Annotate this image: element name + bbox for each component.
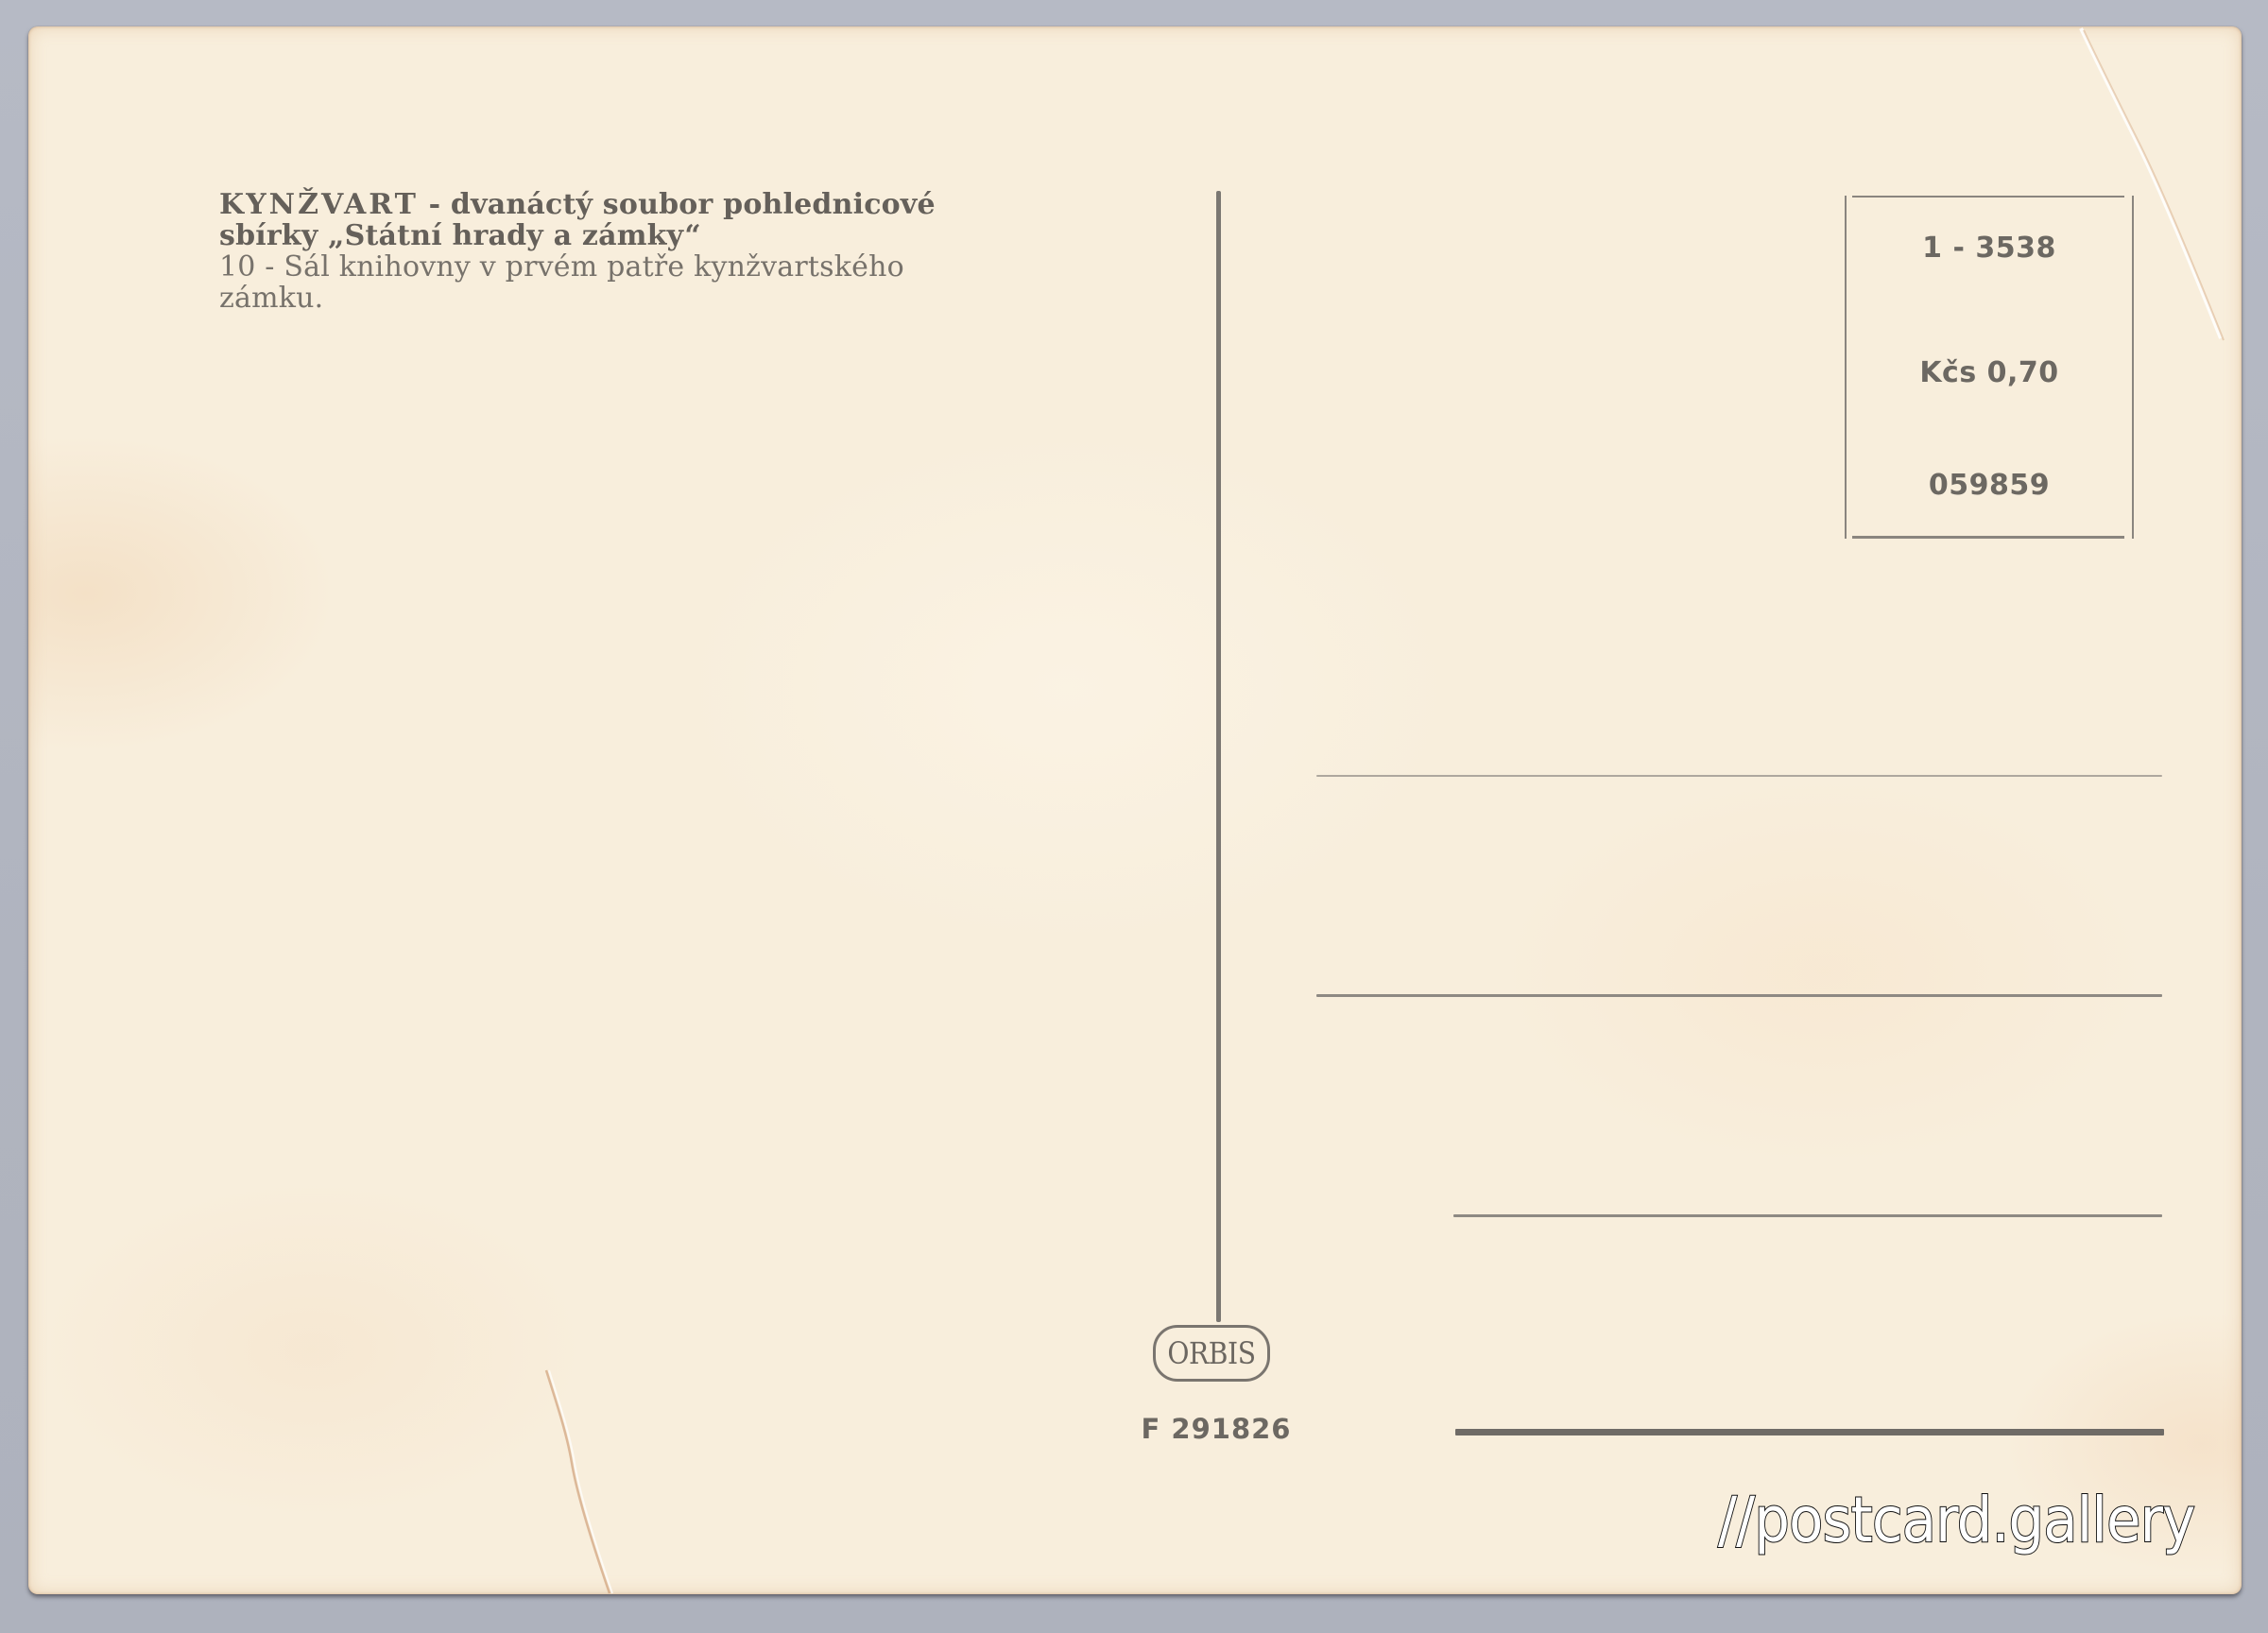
stamp-price: Kčs 0,70 (1847, 356, 2132, 389)
caption-line-4: zámku. (219, 283, 1126, 314)
publisher-logo-text: ORBIS (1167, 1335, 1255, 1371)
postcard-back: KYNŽVART - dvanáctý soubor pohlednicové … (28, 26, 2242, 1594)
stamp-box: 1 - 3538 Kčs 0,70 059859 (1845, 196, 2134, 539)
caption-line-2: sbírky „Státní hrady a zámky“ (219, 220, 1126, 251)
crease-bottom-left (539, 1368, 652, 1594)
publisher-logo: ORBIS (1153, 1325, 1270, 1382)
stamp-number: 059859 (1847, 469, 2132, 502)
stamp-code: 1 - 3538 (1847, 232, 2132, 265)
caption-line-1-rest: - dvanáctý soubor pohlednicové (419, 188, 936, 221)
vertical-divider (1216, 191, 1221, 1322)
publisher-serial: F 291826 (1141, 1413, 1292, 1445)
address-line-4 (1455, 1429, 2164, 1435)
watermark-postcard-gallery: //postcard.gallery (1718, 1484, 2194, 1556)
address-line-3 (1453, 1214, 2162, 1217)
caption-line-3: 10 - Sál knihovny v prvém patře kynžvart… (219, 251, 1126, 283)
postcard-caption: KYNŽVART - dvanáctý soubor pohlednicové … (219, 189, 1126, 314)
caption-line-1: KYNŽVART - dvanáctý soubor pohlednicové (219, 189, 1126, 220)
address-line-2 (1316, 994, 2162, 997)
caption-title: KYNŽVART (219, 188, 419, 221)
address-line-1 (1316, 775, 2162, 777)
